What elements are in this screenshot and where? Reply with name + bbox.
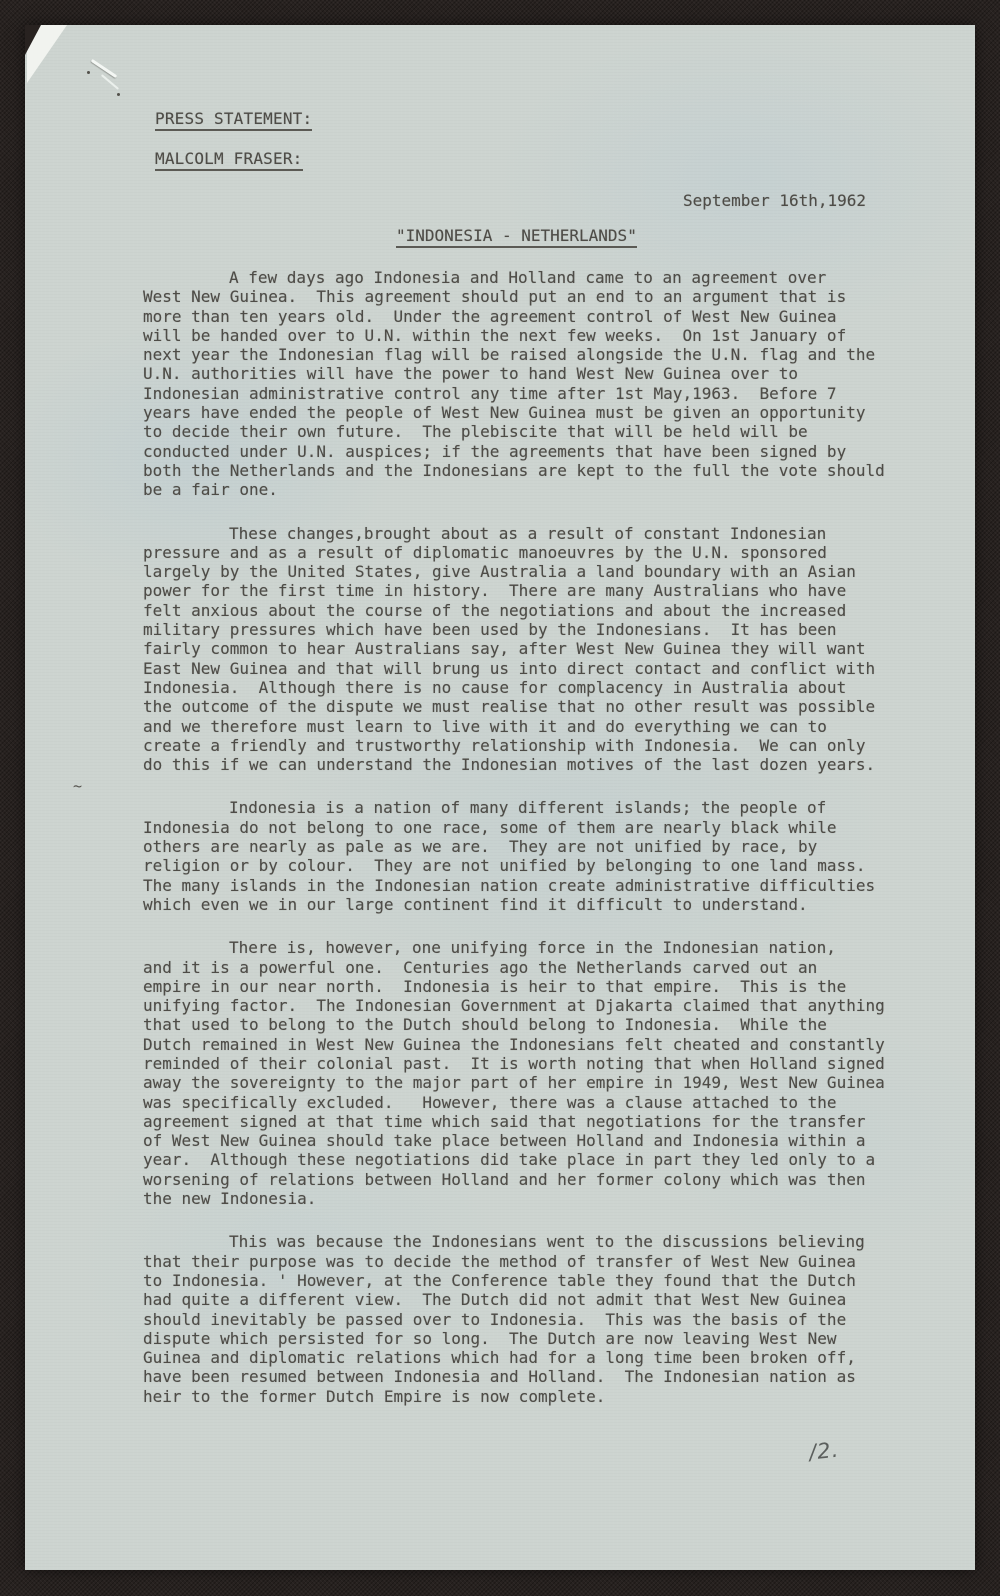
text-line: have been resumed between Indonesia and …: [143, 1367, 933, 1386]
document-page: PRESS STATEMENT: MALCOLM FRASER: Septemb…: [25, 25, 975, 1570]
text-line: should inevitably be passed over to Indo…: [143, 1310, 933, 1329]
press-statement-label: PRESS STATEMENT:: [155, 109, 312, 131]
text-line: year. Although these negotiations did ta…: [143, 1150, 933, 1169]
text-line: had quite a different view. The Dutch di…: [143, 1290, 933, 1309]
text-line: These changes,brought about as a result …: [143, 524, 933, 543]
text-line: was specifically excluded. However, ther…: [143, 1093, 933, 1112]
text-line: U.N. authorities will have the power to …: [143, 364, 933, 383]
text-line: largely by the United States, give Austr…: [143, 562, 933, 581]
text-line: that used to belong to the Dutch should …: [143, 1015, 933, 1034]
text-line: worsening of relations between Holland a…: [143, 1170, 933, 1189]
text-line: be a fair one.: [143, 480, 933, 499]
paragraph-2: These changes,brought about as a result …: [143, 524, 933, 775]
text-line: unifying factor. The Indonesian Governme…: [143, 996, 933, 1015]
text-line: agreement signed at that time which said…: [143, 1112, 933, 1131]
text-line: The many islands in the Indonesian natio…: [143, 876, 933, 895]
text-line: religion or by colour. They are not unif…: [143, 856, 933, 875]
text-line: felt anxious about the course of the neg…: [143, 601, 933, 620]
paragraph-4: There is, however, one unifying force in…: [143, 938, 933, 1208]
text-line: Indonesian administrative control any ti…: [143, 384, 933, 403]
document-title-text: "INDONESIA - NETHERLANDS": [396, 226, 637, 248]
paragraph-1: A few days ago Indonesia and Holland cam…: [143, 268, 933, 500]
text-line: to Indonesia. ' However, at the Conferen…: [143, 1271, 933, 1290]
staple-mark: [87, 63, 121, 97]
text-line: Indonesia is a nation of many different …: [143, 798, 933, 817]
press-statement-heading: PRESS STATEMENT:: [155, 109, 312, 128]
document-body: A few days ago Indonesia and Holland cam…: [143, 268, 933, 1406]
text-line: both the Netherlands and the Indonesians…: [143, 461, 933, 480]
text-line: away the sovereignty to the major part o…: [143, 1073, 933, 1092]
text-line: power for the first time in history. The…: [143, 581, 933, 600]
text-line: and it is a powerful one. Centuries ago …: [143, 958, 933, 977]
text-line: years have ended the people of West New …: [143, 403, 933, 422]
text-line: the new Indonesia.: [143, 1189, 933, 1208]
text-line: East New Guinea and that will brung us i…: [143, 659, 933, 678]
text-line: This was because the Indonesians went to…: [143, 1232, 933, 1251]
paragraph-3: Indonesia is a nation of many different …: [143, 798, 933, 914]
text-line: heir to the former Dutch Empire is now c…: [143, 1387, 933, 1406]
text-line: conducted under U.N. auspices; if the ag…: [143, 442, 933, 461]
text-line: Guinea and diplomatic relations which ha…: [143, 1348, 933, 1367]
text-line: of West New Guinea should take place bet…: [143, 1131, 933, 1150]
author-heading: MALCOLM FRASER:: [155, 149, 303, 168]
text-line: will be handed over to U.N. within the n…: [143, 326, 933, 345]
staple-hole: [87, 71, 90, 74]
text-line: empire in our near north. Indonesia is h…: [143, 977, 933, 996]
paragraph-5: This was because the Indonesians went to…: [143, 1232, 933, 1406]
document-title: "INDONESIA - NETHERLANDS": [396, 226, 637, 245]
text-line: to decide their own future. The plebisci…: [143, 422, 933, 441]
text-line: pressure and as a result of diplomatic m…: [143, 543, 933, 562]
text-line: reminded of their colonial past. It is w…: [143, 1054, 933, 1073]
text-line: next year the Indonesian flag will be ra…: [143, 345, 933, 364]
text-line: that their purpose was to decide the met…: [143, 1252, 933, 1271]
page-number-note: /2.: [808, 1437, 840, 1464]
text-line: military pressures which have been used …: [143, 620, 933, 639]
author-label: MALCOLM FRASER:: [155, 149, 303, 171]
text-line: Dutch remained in West New Guinea the In…: [143, 1035, 933, 1054]
text-line: more than ten years old. Under the agree…: [143, 307, 933, 326]
date-line: September 16th,1962: [683, 191, 866, 210]
text-line: do this if we can understand the Indones…: [143, 755, 933, 774]
text-line: the outcome of the dispute we must reali…: [143, 697, 933, 716]
staple-hole: [117, 93, 120, 96]
pencil-margin-mark: ~: [73, 777, 82, 795]
text-line: others are nearly as pale as we are. The…: [143, 837, 933, 856]
text-line: Indonesia do not belong to one race, som…: [143, 818, 933, 837]
text-line: dispute which persisted for so long. The…: [143, 1329, 933, 1348]
text-line: West New Guinea. This agreement should p…: [143, 287, 933, 306]
text-line: A few days ago Indonesia and Holland cam…: [143, 268, 933, 287]
text-line: which even we in our large continent fin…: [143, 895, 933, 914]
text-line: There is, however, one unifying force in…: [143, 938, 933, 957]
text-line: create a friendly and trustworthy relati…: [143, 736, 933, 755]
text-line: and we therefore must learn to live with…: [143, 717, 933, 736]
text-line: fairly common to hear Australians say, a…: [143, 639, 933, 658]
text-line: Indonesia. Although there is no cause fo…: [143, 678, 933, 697]
